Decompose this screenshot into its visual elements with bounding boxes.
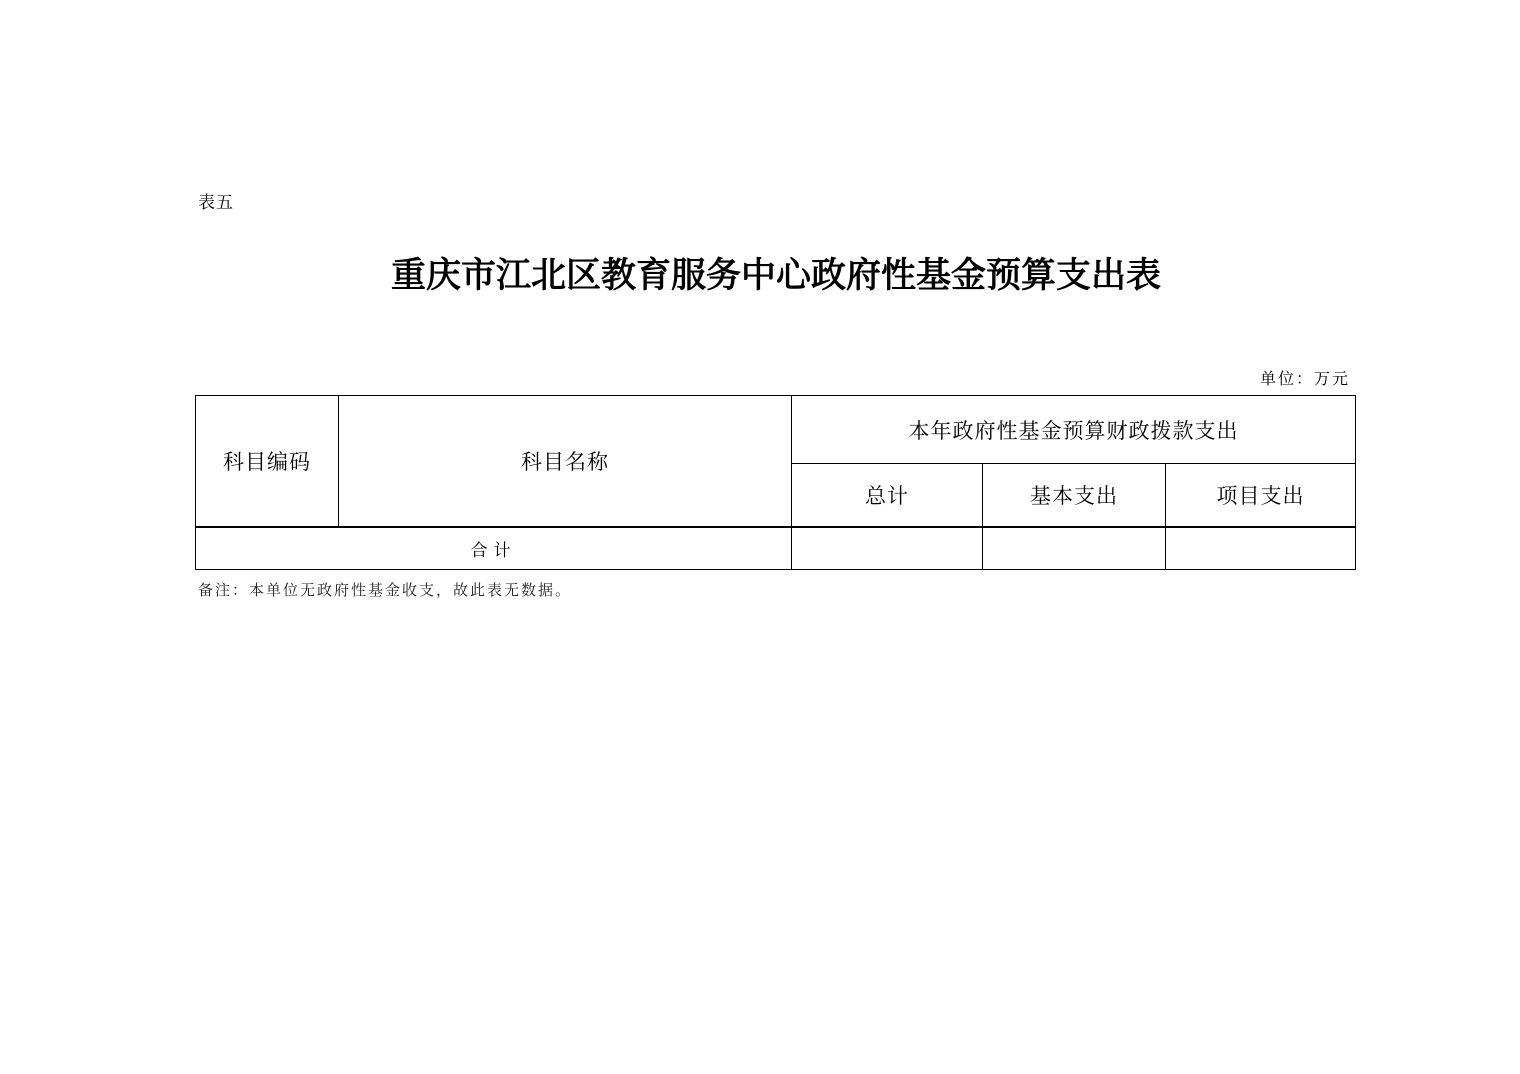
header-row-1: 科目编码 科目名称 本年政府性基金预算财政拨款支出	[196, 396, 1356, 464]
total-row-label: 合计	[196, 527, 792, 570]
header-total: 总计	[792, 464, 983, 528]
header-basic-expenditure: 基本支出	[983, 464, 1166, 528]
project-value-cell	[1166, 527, 1356, 570]
header-subject-code: 科目编码	[196, 396, 339, 528]
table-number-label: 表五	[198, 188, 234, 213]
total-value-cell	[792, 527, 983, 570]
basic-value-cell	[983, 527, 1166, 570]
table-row-total: 合计	[196, 527, 1356, 570]
header-project-expenditure: 项目支出	[1166, 464, 1356, 528]
footnote: 备注：本单位无政府性基金收支，故此表无数据。	[198, 579, 572, 600]
budget-table: 科目编码 科目名称 本年政府性基金预算财政拨款支出 总计 基本支出 项目支出 合…	[195, 395, 1356, 570]
unit-label: 单位：万元	[1260, 366, 1350, 389]
header-expenditure-group: 本年政府性基金预算财政拨款支出	[792, 396, 1356, 464]
page-title: 重庆市江北区教育服务中心政府性基金预算支出表	[0, 248, 1520, 298]
header-subject-name: 科目名称	[339, 396, 792, 528]
